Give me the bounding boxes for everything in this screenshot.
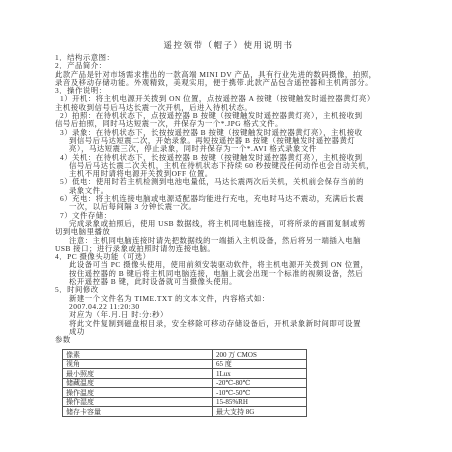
table-row: 视角 65 度 [63, 359, 307, 369]
doc-line: 5）低电：使用时若主机检测到电池电量低，马达长震两次后关机，关机前会保存当前的 [60, 178, 402, 186]
doc-line: 松开遥控器 B 键，此时设备就可当摄像头使用。 [69, 278, 402, 286]
manual-page: 遥控领带（帽子）使用说明书 1．结构示意图： 2．产品简介： 此款产品是针对市场… [0, 0, 452, 452]
table-row: 储存卡容量 最大支持 8G [63, 407, 307, 417]
doc-line: 录音及移动存储功能。外观精致，美观实用，便于携带.此款产品包含遥控器和主机两部分… [55, 79, 402, 87]
doc-line: 一次，以后每间隔 3 分钟长震一次。 [69, 203, 402, 211]
page-title: 遥控领带（帽子）使用说明书 [55, 40, 402, 50]
table-row: 储藏温度 -20℃-80℃ [63, 378, 307, 388]
spec-value: 65 度 [213, 359, 307, 369]
doc-line: 将此文件复制到磁盘根目录，安全移除可移动存储设备后，开机录象新时间即可设置 [69, 320, 402, 328]
spec-value: -10℃-50℃ [213, 388, 307, 398]
doc-line: 参数 [55, 336, 402, 344]
spec-label: 像素 [63, 350, 213, 360]
spec-value: 最大支持 8G [213, 407, 307, 417]
spec-label: 操作湿度 [63, 397, 213, 407]
spec-label: 储存卡容量 [63, 407, 213, 417]
table-row: 操作温度 -10℃-50℃ [63, 388, 307, 398]
doc-line: 1．结构示意图： [55, 54, 402, 62]
spec-value: 15-85%RH [213, 397, 307, 407]
table-row: 最小照度 1Lux [63, 369, 307, 379]
spec-label: 视角 [63, 359, 213, 369]
spec-label: 操作温度 [63, 388, 213, 398]
spec-table: 像素 200 万 CMOS 视角 65 度 最小照度 1Lux 储藏温度 -20… [62, 349, 307, 417]
spec-value: 1Lux [213, 369, 307, 379]
spec-value: 200 万 CMOS [213, 350, 307, 360]
spec-label: 储藏温度 [63, 378, 213, 388]
doc-line: 完成录象或拍照后，使用 USB 数据线，将主机同电脑连接，可将所录的画面复制或剪 [69, 220, 402, 228]
spec-label: 最小照度 [63, 369, 213, 379]
table-row: 操作湿度 15-85%RH [63, 397, 307, 407]
spec-value: -20℃-80℃ [213, 378, 307, 388]
table-row: 像素 200 万 CMOS [63, 350, 307, 360]
doc-line: 成功 [69, 328, 402, 336]
